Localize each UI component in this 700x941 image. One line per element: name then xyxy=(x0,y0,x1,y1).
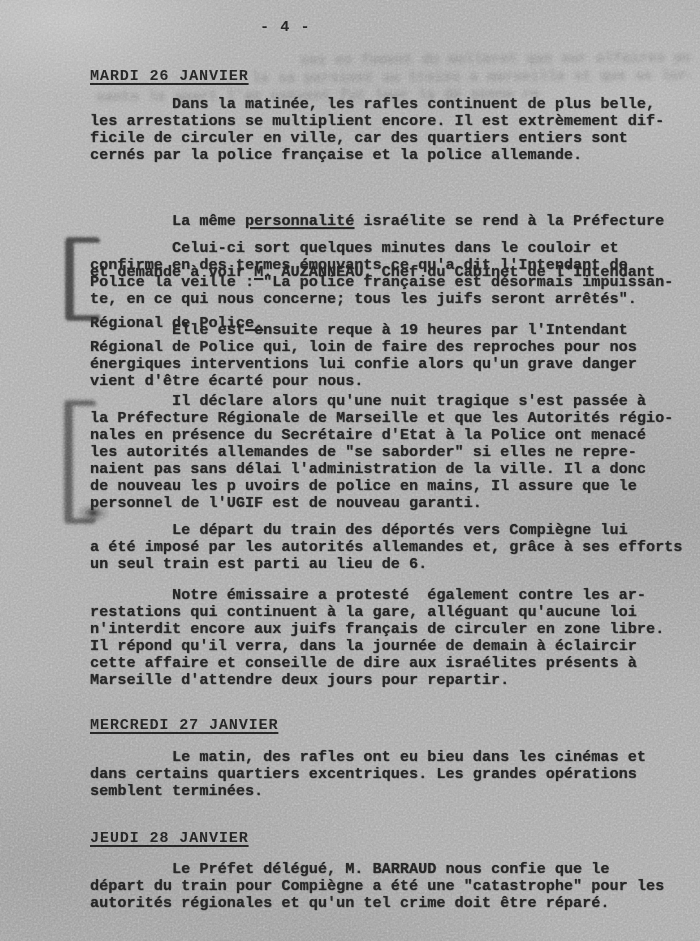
paragraph-recue-19-heures: Elle est ensuite reque à 19 heures par l… xyxy=(90,322,637,390)
paragraph-line: La même personnalité israélite se rend à… xyxy=(90,213,664,230)
margin-bracket-1 xyxy=(65,237,100,321)
underlined-word: personnalité xyxy=(245,212,354,230)
bleedthrough-text: ses en foment du molleret que sur alfair… xyxy=(300,51,690,70)
margin-smudge xyxy=(76,503,110,523)
section-heading-jeudi-28-janvier: JEUDI 28 JANVIER xyxy=(90,829,249,847)
section-heading-mardi-26-janvier: MARDI 26 JANVIER xyxy=(90,67,249,85)
paragraph-depart-train-compiegne: Le départ du train des déportés vers Com… xyxy=(90,522,682,573)
section-heading-mercredi-27-janvier: MERCREDI 27 JANVIER xyxy=(90,716,278,734)
paragraph-prefet-barraud: Le Préfet délégué, M. BARRAUD nous confi… xyxy=(90,861,664,912)
paragraph-rafles-matinee: Dans la matinée, les rafles continuent d… xyxy=(90,96,664,164)
scanned-document-page: ses en foment du molleret que sur alfair… xyxy=(0,0,700,941)
page-number: - 4 - xyxy=(260,18,311,36)
paragraph-nuit-tragique: Il déclare alors qu'une nuit tragique s'… xyxy=(90,393,673,512)
paragraph-emissaire-protestation: Notre émissaire a protesté également con… xyxy=(90,587,664,689)
paragraph-couloir-confirmation: Celui-ci sort quelques minutes dans le c… xyxy=(90,240,673,308)
paragraph-rafles-cinemas: Le matin, des rafles ont eu bieu dans le… xyxy=(90,749,646,800)
bleedthrough-text: le sa parsient au treins a marveille st … xyxy=(252,68,690,87)
line-text: israélite se rend à la Préfecture xyxy=(354,212,664,230)
line-text: La même xyxy=(90,212,245,230)
